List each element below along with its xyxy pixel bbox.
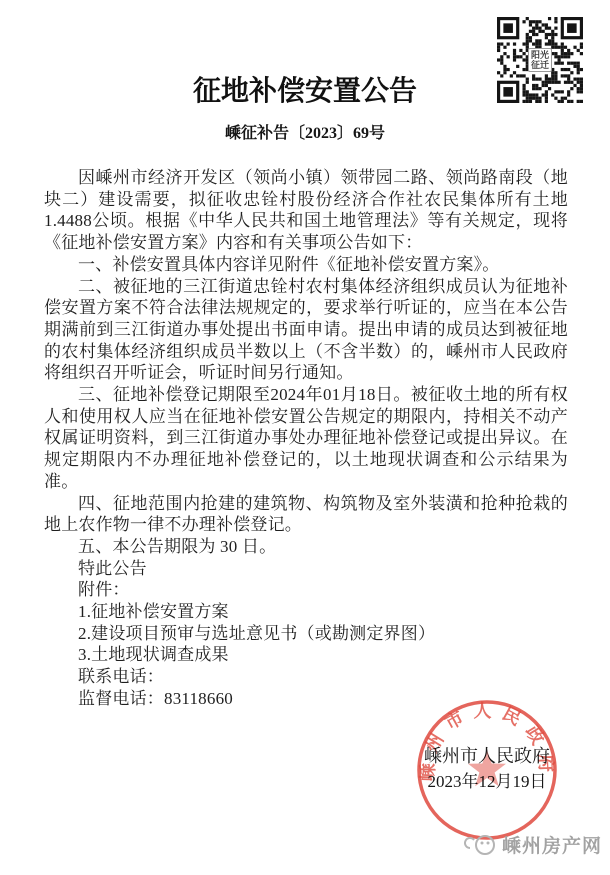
- attachment-item: 3.土地现状调查成果: [44, 644, 568, 666]
- seal-star-icon: [468, 750, 506, 786]
- site-logo-icon: [464, 832, 498, 858]
- doc-number: 嵊征补告〔2023〕69号: [0, 125, 610, 143]
- body-text: 因嵊州市经济开发区（领尚小镇）领带园二路、领尚路南段（地块二）建设需要，拟征收忠…: [44, 167, 568, 710]
- official-seal: 嵊州市人民政府: [412, 698, 562, 848]
- attachment-item: 1.征地补偿安置方案: [44, 601, 568, 623]
- qr-label-line2: 征迁: [531, 60, 549, 70]
- supervision-label: 监督电话：: [78, 689, 164, 708]
- attachments-label: 附件：: [44, 579, 568, 601]
- qr-label-line1: 阳光: [531, 50, 549, 60]
- paragraph: 四、征地范围内抢建的建筑物、构筑物及室外装潢和抢种抢栽的地上农作物一律不办理补偿…: [44, 493, 568, 536]
- qr-center-label: 阳光 征迁: [528, 48, 552, 72]
- paragraph: 二、被征地的三江街道忠铨村农村集体经济组织成员认为征地补偿安置方案不符合法律法规…: [44, 276, 568, 385]
- attachment-list: 1.征地补偿安置方案2.建设项目预审与选址意见书（或勘测定界图）3.土地现状调查…: [44, 601, 568, 666]
- supervision-phone: 83118660: [164, 689, 233, 708]
- watermark-text: 嵊州房产网: [502, 831, 602, 858]
- paragraph: 三、征地补偿登记期限至2024年01月18日。被征收土地的所有权人和使用权人应当…: [44, 384, 568, 493]
- contact-line: 联系电话：: [44, 666, 568, 688]
- paragraph: 因嵊州市经济开发区（领尚小镇）领带园二路、领尚路南段（地块二）建设需要，拟征收忠…: [44, 167, 568, 254]
- attachment-item: 2.建设项目预审与选址意见书（或勘测定界图）: [44, 623, 568, 645]
- watermark: 嵊州房产网: [464, 831, 602, 858]
- announcement-document: 阳光 征迁 征地补偿安置公告 嵊征补告〔2023〕69号 因嵊州市经济开发区（领…: [0, 0, 610, 875]
- paragraph-list: 因嵊州市经济开发区（领尚小镇）领带园二路、领尚路南段（地块二）建设需要，拟征收忠…: [44, 167, 568, 558]
- qr-code: 阳光 征迁: [497, 17, 583, 103]
- paragraph: 五、本公告期限为 30 日。: [44, 536, 568, 558]
- closing-line: 特此公告: [44, 558, 568, 580]
- paragraph: 一、补偿安置具体内容详见附件《征地补偿安置方案》。: [44, 254, 568, 276]
